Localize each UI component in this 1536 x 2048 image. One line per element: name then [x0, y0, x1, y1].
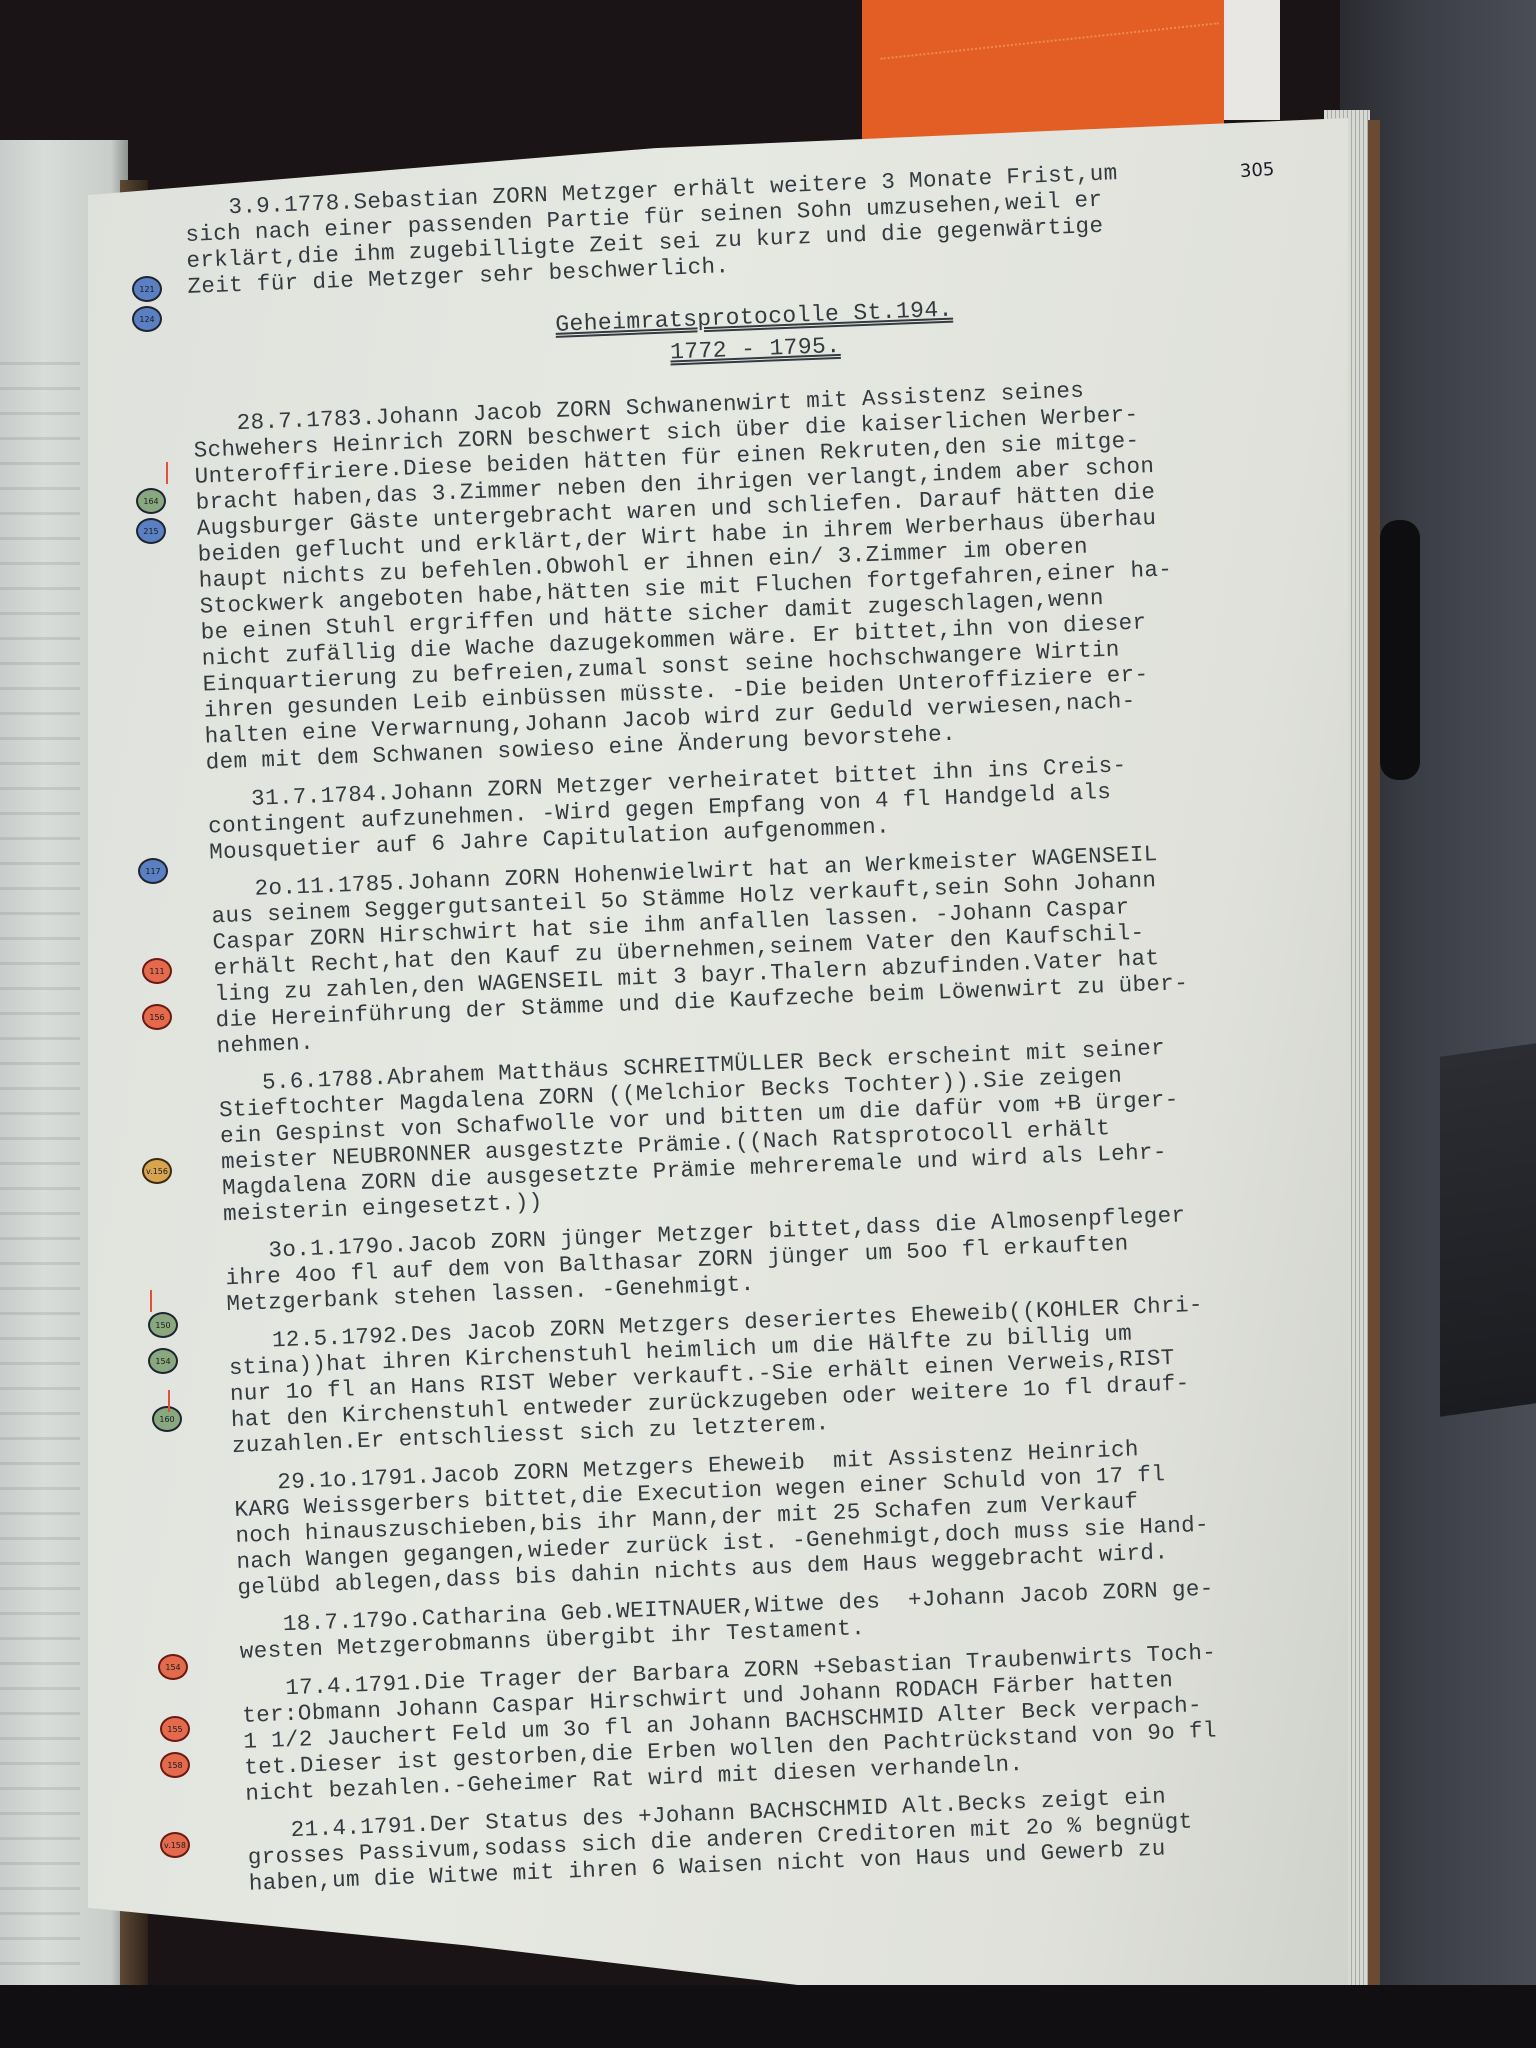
orange-bookmark-tab: [862, 0, 1224, 145]
entry-1791-oct: 29.1o.1791.Jacob ZORN Metzgers Eheweib m…: [233, 1428, 1367, 1601]
bottom-shadow: [0, 1985, 1536, 2048]
reference-badge: 154: [148, 1348, 178, 1374]
typewritten-text: 3.9.1778.Sebastian ZORN Metzger erhält w…: [184, 153, 1379, 1909]
reference-badge: 155: [160, 1716, 190, 1742]
red-pencil-mark: [150, 1290, 152, 1312]
reference-badge: 124: [132, 306, 162, 332]
background-object: [1380, 520, 1420, 780]
reference-badge: 158: [160, 1752, 190, 1778]
reference-badge: 215: [136, 518, 166, 544]
reference-badge: 160: [152, 1406, 182, 1432]
reference-badge: 121: [132, 276, 162, 302]
reference-badge: v.156: [142, 1158, 172, 1184]
reference-badge: 164: [136, 488, 166, 514]
entry-1783: 28.7.1783.Johann Jacob ZORN Schwanenwirt…: [192, 368, 1335, 775]
entry-1791-apr17: 17.4.1791.Die Trager der Barbara ZORN +S…: [241, 1634, 1375, 1807]
reference-badge: 150: [148, 1312, 178, 1338]
background-object: [1440, 1043, 1536, 1416]
red-pencil-mark: [166, 462, 168, 484]
reference-badge: 117: [138, 858, 168, 884]
reference-badge: 111: [142, 958, 172, 984]
red-pencil-mark: [168, 1390, 170, 1412]
reference-badge: v.158: [160, 1832, 190, 1858]
entry-1792: 12.5.1792.Des Jacob ZORN Metzgers deseri…: [228, 1286, 1362, 1459]
reference-badge: 154: [158, 1654, 188, 1680]
left-page-text-lines: [0, 340, 80, 2040]
paper-slip: [1224, 0, 1280, 120]
entry-1788: 5.6.1788.Abrahem Matthäus SCHREITMÜLLER …: [218, 1028, 1353, 1227]
reference-badge: 156: [142, 1004, 172, 1030]
entry-1785: 2o.11.1785.Johann ZORN Hohenwielwirt hat…: [210, 834, 1346, 1059]
